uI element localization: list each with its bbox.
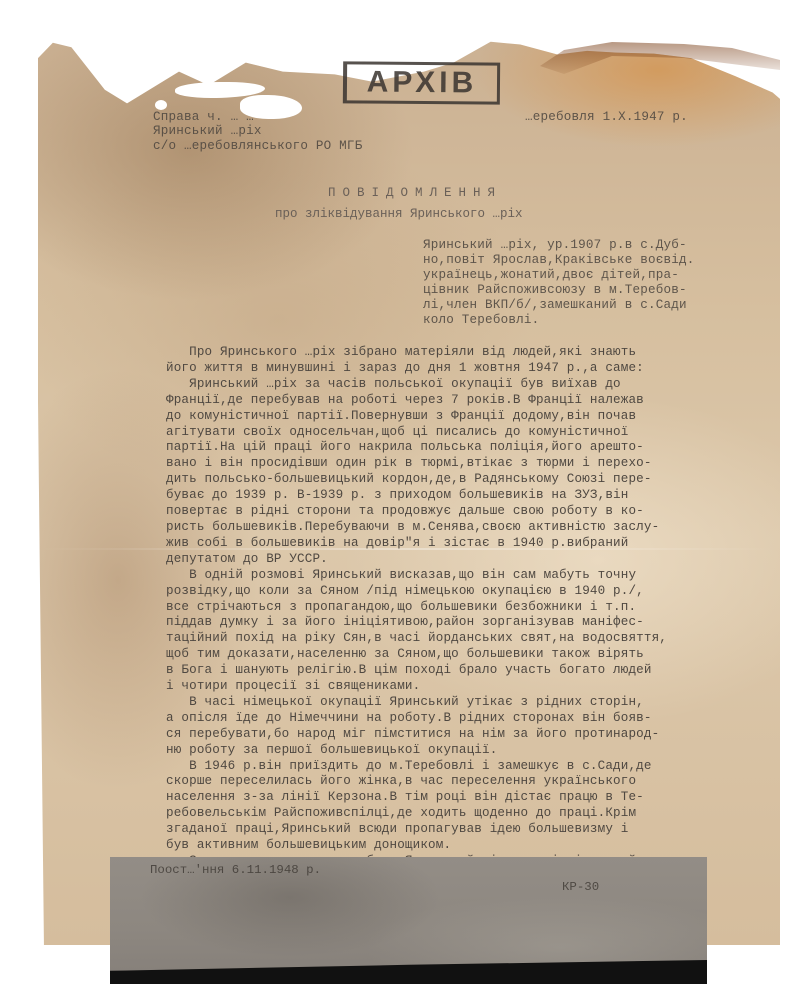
report-body: Про Яринського …ріх зібрано матеріяли ві… — [166, 345, 756, 886]
body-line: Про Яринського …ріх зібрано матеріяли ві… — [166, 345, 756, 361]
body-line: таційний похід на ріку Сян,в часі йордан… — [166, 631, 756, 647]
torn-hole — [155, 100, 167, 110]
body-line: ся перебувати,бо народ міг пімститися на… — [166, 727, 756, 743]
body-line: його життя в минувшині і зараз до дня 1 … — [166, 361, 756, 377]
body-line: ню роботу за першої большевицької окупац… — [166, 743, 756, 759]
bio-line: коло Теребовлі. — [423, 313, 539, 328]
bio-line: лі,член ВКП/б/,замешканий в с.Сади — [423, 298, 687, 313]
subject-name: Яринський …ріх — [153, 124, 262, 139]
body-line: скорше переселилась його жінка,в час пер… — [166, 774, 756, 790]
document-subtitle: про зліквідування Яринського …ріх — [275, 207, 523, 221]
body-line: в Бога і шанують релігію.В цім поході бр… — [166, 663, 756, 679]
issuing-office: с/о …еребовлянського РО МГБ — [153, 139, 362, 154]
body-line: партії.На цій праці його накрила польськ… — [166, 440, 756, 456]
strip-date-note: Поост…'ння 6.11.1948 р. — [150, 863, 321, 877]
place-date: …еребовля 1.Х.1947 р. — [525, 110, 688, 125]
bio-line: цівник Райспоживсоюзу в м.Теребов- — [423, 283, 687, 298]
torn-hole — [110, 78, 128, 94]
body-line: ребовельськім Райспоживспілці,де ходить … — [166, 806, 756, 822]
body-line: і чотири процесії зі священиками. — [166, 679, 756, 695]
body-line: В одній розмові Яринський висказав,що ві… — [166, 568, 756, 584]
body-line: вано і він просидівши один рік в тюрмі,в… — [166, 456, 756, 472]
body-line: дить польсько-большевицький кордон,де,в … — [166, 472, 756, 488]
bio-line: українець,жонатий,двоє дітей,пра- — [423, 268, 679, 283]
body-line: буває до 1939 р. В-1939 р. з приходом бо… — [166, 488, 756, 504]
body-line: розвідку,що коли за Сяном /під німецькою… — [166, 584, 756, 600]
body-line: Яринський …ріх за часів польської окупац… — [166, 377, 756, 393]
archive-stamp: АРХІВ — [343, 61, 500, 104]
body-line: В часі німецької окупації Яринський утік… — [166, 695, 756, 711]
body-line: депутатом до ВР УССР. — [166, 552, 756, 568]
body-line: все стрічаються з пропагандою,що большев… — [166, 600, 756, 616]
body-line: Франції,де перебував на роботі через 7 р… — [166, 393, 756, 409]
body-line: був активним большевицьким донощиком. — [166, 838, 756, 854]
bio-line: но,повіт Ярослав,Краківське воєвід. — [423, 253, 695, 268]
body-line: щоб тим доказати,населенню за Сяном,що б… — [166, 647, 756, 663]
body-line: жив собі в большевиків на довір"я і зіст… — [166, 536, 756, 552]
body-line: агітувати своїх односельчан,щоб ці писал… — [166, 425, 756, 441]
bio-line: Яринський …ріх, ур.1907 р.в с.Дуб- — [423, 238, 687, 253]
body-line: повертає в рідні сторони та продовжує да… — [166, 504, 756, 520]
body-line: населення з-за лінії Керзона.В тім році … — [166, 790, 756, 806]
document-title: ПОВІДОМЛЕННЯ — [328, 186, 502, 200]
body-line: ристь большевиків.Перебуваючи в м.Сенява… — [166, 520, 756, 536]
body-line: до комуністичної партії.Повернувши з Фра… — [166, 409, 756, 425]
body-line: В 1946 р.він приїздить до м.Теребовлі і … — [166, 759, 756, 775]
body-line: а опісля їде до Німеччини на роботу.В рі… — [166, 711, 756, 727]
strip-code: КР-30 — [562, 880, 599, 894]
body-line: піддав думку і за його ініціятивою,район… — [166, 615, 756, 631]
body-line: згаданої праці,Яринський всюди пропагува… — [166, 822, 756, 838]
